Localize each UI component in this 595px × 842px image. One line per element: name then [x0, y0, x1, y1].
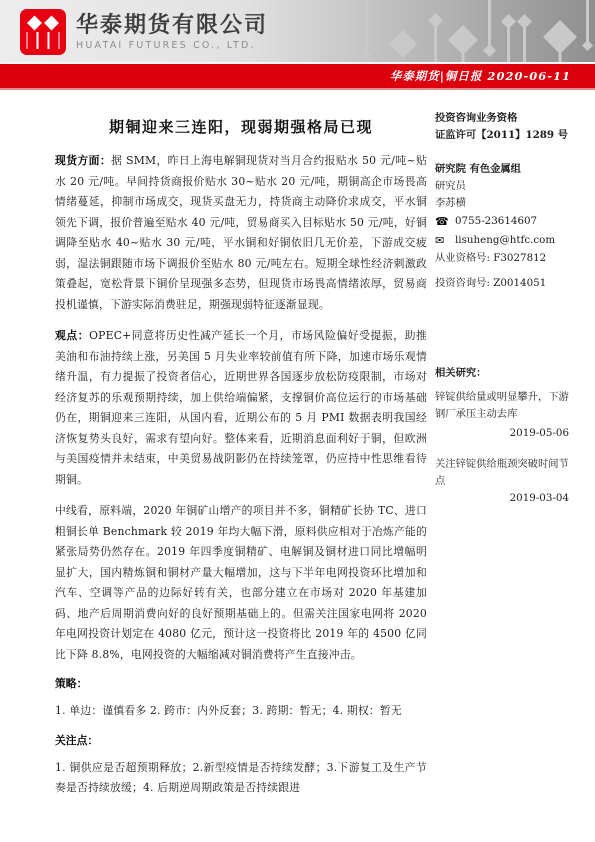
paragraph-text: 中线看，原料端，2020 年铜矿山增产的项目并不多，铜精矿长协 TC、进口粗铜长… [55, 504, 427, 661]
company-name-block: 华泰期货有限公司 HUATAI FUTURES CO., LTD. [76, 13, 268, 52]
researcher-name: 李苏横 [435, 195, 569, 212]
paragraph-text: 据 SMM，昨日上海电解铜现货对当月合约报贴水 50 元/吨~贴水 20 元/吨… [55, 154, 427, 311]
related-research-date: 2019-03-04 [435, 490, 569, 507]
phone-row: ☎ 0755-23614607 [435, 212, 569, 231]
phone-number: 0755-23614607 [455, 212, 537, 231]
paragraph-head: 观点： [55, 329, 89, 342]
report-page: 华泰期货有限公司 HUATAI FUTURES CO., LTD. [0, 0, 595, 842]
email-link[interactable]: lisuheng@htfc.com [455, 231, 555, 250]
advisory-number: 投资咨询号: Z0014051 [435, 275, 569, 292]
related-research-date: 2019-05-06 [435, 425, 569, 442]
company-name-cn: 华泰期货有限公司 [76, 13, 268, 39]
sidebar-column: 投资咨询业务资格 证监许可【2011】1289 号 研究院 有色金属组 研究员 … [427, 110, 569, 810]
page-title: 期铜迎来三连阳，现弱期强格局已现 [55, 116, 427, 137]
page-header: 华泰期货有限公司 HUATAI FUTURES CO., LTD. [0, 0, 595, 64]
practice-number: 从业资格号: F3027812 [435, 250, 569, 267]
paragraph-viewpoint: 观点：OPEC+同意将历史性减产延长一个月，市场风险偏好受提振，助推美油和布油持… [55, 326, 427, 490]
phone-icon: ☎ [435, 212, 455, 231]
paragraph-spot-market: 现货方面：据 SMM，昨日上海电解铜现货对当月合约报贴水 50 元/吨~贴水 2… [55, 151, 427, 315]
related-research-link[interactable]: 锌锭供给量或明显攀升，下游钢厂承压主动去库 [435, 389, 569, 423]
strategy-text: 1. 单边：谨慎看多 2. 跨市：内外反套；3. 跨期：暂无；4. 期权：暂无 [55, 701, 427, 722]
qualification-line1: 投资咨询业务资格 [435, 110, 569, 127]
qualification-line2: 证监许可【2011】1289 号 [435, 127, 569, 144]
email-row: ✉ lisuheng@htfc.com [435, 231, 569, 250]
focus-heading: 关注点： [55, 733, 427, 748]
company-brand: 华泰期货有限公司 HUATAI FUTURES CO., LTD. [20, 9, 268, 55]
related-research-link[interactable]: 关注锌锭供给瓶颈突破时间节点 [435, 456, 569, 490]
institute-label: 研究院 有色金属组 [435, 161, 569, 178]
header-deco-pattern [355, 0, 595, 64]
content-area: 期铜迎来三连阳，现弱期强格局已现 现货方面：据 SMM，昨日上海电解铜现货对当月… [0, 90, 595, 810]
strategy-heading: 策略： [55, 676, 427, 691]
banner-title: 华泰期货|铜日报 2020-06-11 [390, 68, 571, 84]
report-banner: 华泰期货|铜日报 2020-06-11 [0, 64, 595, 90]
related-research-heading: 相关研究： [435, 364, 569, 379]
huatai-logo-icon [20, 9, 66, 55]
researcher-title: 研究员 [435, 178, 569, 195]
focus-text: 1. 铜供应是否超预期释放；2.新型疫情是否持续发酵；3.下游复工及生产节奏是否… [55, 758, 427, 799]
paragraph-text: OPEC+同意将历史性减产延长一个月，市场风险偏好受提振，助推美油和布油持续上涨… [55, 329, 427, 486]
company-name-en: HUATAI FUTURES CO., LTD. [76, 39, 268, 52]
main-column: 期铜迎来三连阳，现弱期强格局已现 现货方面：据 SMM，昨日上海电解铜现货对当月… [55, 110, 427, 810]
paragraph-head: 现货方面： [55, 154, 111, 167]
mail-icon: ✉ [435, 231, 455, 250]
paragraph-midterm: 中线看，原料端，2020 年铜矿山增产的项目并不多，铜精矿长协 TC、进口粗铜长… [55, 501, 427, 665]
